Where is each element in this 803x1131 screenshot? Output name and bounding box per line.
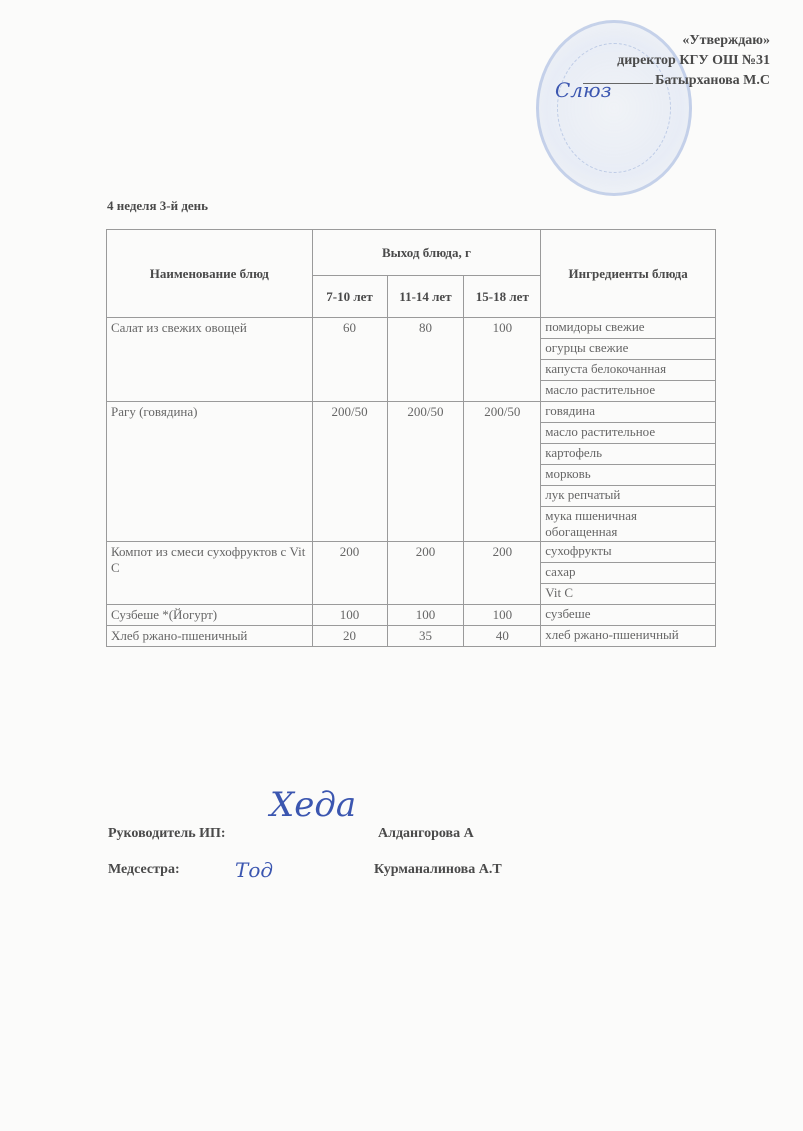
portion-value: 80 — [387, 318, 464, 402]
portion-value: 200 — [387, 542, 464, 605]
header-output: Выход блюда, г — [312, 230, 541, 276]
portion-value: 20 — [312, 626, 387, 647]
menu-table: Наименование блюд Выход блюда, г Ингреди… — [106, 229, 716, 647]
portion-value: 200/50 — [387, 402, 464, 542]
portion-value: 200 — [312, 542, 387, 605]
ingredient: огурцы свежие — [541, 339, 716, 360]
portion-value: 100 — [464, 605, 541, 626]
table-row: Хлеб ржано-пшеничный203540хлеб ржано-пше… — [107, 626, 716, 647]
portion-value: 100 — [312, 605, 387, 626]
ingredient: масло растительное — [541, 423, 716, 444]
ingredient: лук репчатый — [541, 486, 716, 507]
ingredient: мука пшеничная обогащенная — [541, 507, 716, 542]
portion-value: 40 — [464, 626, 541, 647]
dish-name: Хлеб ржано-пшеничный — [107, 626, 313, 647]
portion-value: 100 — [464, 318, 541, 402]
header-age-7-10: 7-10 лет — [312, 276, 387, 318]
ingredient: помидоры свежие — [541, 318, 716, 339]
dish-name: Компот из смеси сухофруктов с Vit C — [107, 542, 313, 605]
head-signoff: Руководитель ИП: Алдангорова А — [108, 826, 226, 842]
table-row: Компот из смеси сухофруктов с Vit C20020… — [107, 542, 716, 563]
nurse-signature: Тод — [235, 858, 273, 882]
ingredient: сухофрукты — [541, 542, 716, 563]
ingredient: капуста белокочанная — [541, 360, 716, 381]
table-row: Сузбеше *(Йогурт)100100100сузбеше — [107, 605, 716, 626]
header-age-15-18: 15-18 лет — [464, 276, 541, 318]
header-dish-name: Наименование блюд — [107, 230, 313, 318]
head-label: Руководитель ИП: — [108, 826, 226, 841]
approver-name: Батырханова М.С — [655, 73, 770, 88]
approver-position: директор КГУ ОШ №31 — [583, 51, 770, 71]
portion-value: 200 — [464, 542, 541, 605]
director-signature: Слюз — [555, 78, 612, 102]
nurse-signoff: Медсестра: Курманалинова А.Т — [108, 862, 180, 878]
head-name: Алдангорова А — [378, 826, 474, 842]
ingredient: сузбеше — [541, 605, 716, 626]
approval-heading: «Утверждаю» — [583, 31, 770, 51]
table-row: Рагу (говядина)200/50200/50200/50говядин… — [107, 402, 716, 423]
dish-name: Сузбеше *(Йогурт) — [107, 605, 313, 626]
ingredient: морковь — [541, 465, 716, 486]
portion-value: 100 — [387, 605, 464, 626]
dish-name: Рагу (говядина) — [107, 402, 313, 542]
ingredient: хлеб ржано-пшеничный — [541, 626, 716, 647]
ingredient: масло растительное — [541, 381, 716, 402]
head-signature: Хеда — [270, 785, 356, 825]
header-ingredients: Ингредиенты блюда — [541, 230, 716, 318]
nurse-name: Курманалинова А.Т — [374, 862, 502, 878]
ingredient: говядина — [541, 402, 716, 423]
menu-day-title: 4 неделя 3-й день — [107, 198, 208, 214]
ingredient: картофель — [541, 444, 716, 465]
ingredient: сахар — [541, 563, 716, 584]
portion-value: 60 — [312, 318, 387, 402]
portion-value: 200/50 — [312, 402, 387, 542]
header-age-11-14: 11-14 лет — [387, 276, 464, 318]
table-row: Салат из свежих овощей6080100помидоры св… — [107, 318, 716, 339]
dish-name: Салат из свежих овощей — [107, 318, 313, 402]
portion-value: 35 — [387, 626, 464, 647]
ingredient: Vit C — [541, 584, 716, 605]
nurse-label: Медсестра: — [108, 862, 180, 877]
portion-value: 200/50 — [464, 402, 541, 542]
